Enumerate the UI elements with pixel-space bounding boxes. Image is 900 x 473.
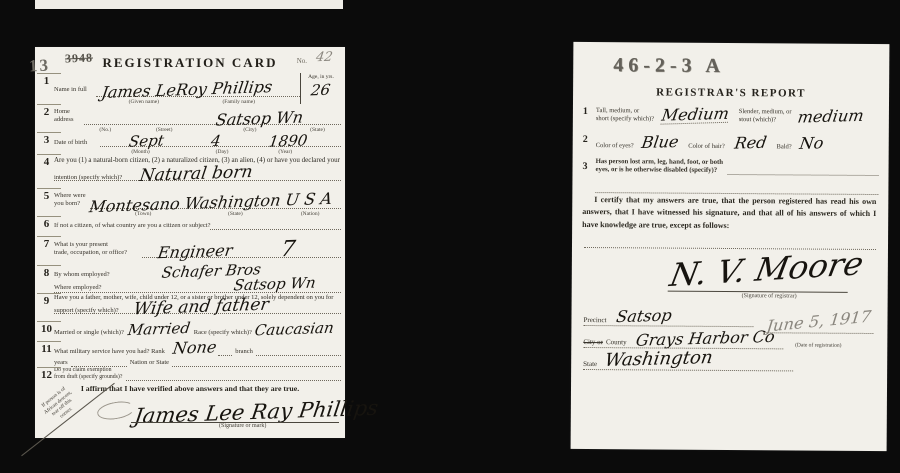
precinct-row: Precinct Satsop (583, 308, 753, 327)
field-employer: 8 By whom employed? Schafer Bros Where e… (39, 265, 341, 293)
military-branch-label: branch (235, 348, 253, 356)
name-value: James LeRoy Phillips (100, 79, 273, 101)
military-nation-label: Nation or State (130, 359, 169, 367)
registrar-signature-label: (Signature of registrar) (742, 293, 797, 299)
card-no-value: 42 (315, 51, 333, 65)
adjacent-card-edge (35, 0, 343, 9)
disability-blank (727, 165, 879, 176)
race-label: Race (specify which)? (194, 329, 252, 337)
military-rank-value: None (172, 339, 218, 357)
disability-label: Has person lost arm, leg, hand, foot, or… (596, 158, 724, 175)
field-name: 1 Name in full James LeRoy Phillips (Giv… (39, 73, 341, 104)
dependents-writearea: Have you a father, mother, wife, child u… (54, 293, 341, 321)
hair-label: Color of hair? (688, 143, 725, 151)
registration-date-value: June 5, 1917 (765, 309, 871, 335)
precinct-label: Precinct (583, 316, 606, 325)
state-label: State (583, 360, 597, 368)
field-date-of-birth: 3 Date of birth Sept 4 1890 (Month) (Day… (39, 132, 341, 154)
field-build: 1 Tall, medium, orshort (specify which)?… (583, 106, 885, 125)
date-block: June 5, 1917 (Date of registration) (763, 313, 873, 352)
employed-by-label: By whom employed? (54, 271, 138, 279)
field-number: 2 (39, 104, 54, 118)
eyes-label: Color of eyes? (596, 142, 634, 150)
registrars-report-card: 46-2-3 A REGISTRAR'S REPORT 1 Tall, medi… (571, 42, 890, 451)
where-born-value: Montesano Washington U S A (88, 191, 333, 215)
field-exemption: 12 Do you claim exemptionfrom draft (spe… (39, 367, 341, 384)
field-number: 10 (39, 321, 54, 335)
field-where-born: 5 Where wereyou born? Montesano Washingt… (39, 188, 341, 216)
bald-label: Bald? (776, 144, 791, 152)
registrar-signature: N. V. Moore (667, 247, 866, 291)
field-number: 5 (39, 188, 54, 202)
field-number: 2 (583, 134, 596, 145)
field-military: 11 What military service have you had? R… (39, 341, 341, 367)
state-row: State Washington (583, 350, 793, 371)
hair-value: Red (733, 135, 767, 152)
field-citizenship: 4 Are you (1) a natural-born citizen, (2… (39, 154, 341, 188)
citizenship-writearea: Are you (1) a natural-born citizen, (2) … (54, 154, 341, 188)
card-no-label: No. (297, 57, 307, 65)
military-years-label: years (54, 359, 68, 367)
dob-year: 1890 (268, 133, 309, 149)
dob-day: 4 (210, 134, 222, 149)
home-address-value: Satsop Wn (215, 109, 305, 128)
field-name-writearea: James LeRoy Phillips (Given name) (Famil… (96, 73, 300, 104)
county-value: Grays Harbor Co (635, 329, 776, 349)
home-address-writearea: Satsop Wn (No.) (Street) (City) (State) (84, 104, 341, 132)
registration-card: 13 3948 REGISTRATION CARD No. 42 1 Name … (35, 47, 345, 438)
signature-label: (Signature or mark) (219, 423, 266, 429)
build-label-b: Slender, medium, orstout (which)? (739, 108, 792, 124)
exemption-blank (126, 371, 341, 381)
exemption-writearea: Do you claim exemptionfrom draft (specif… (54, 367, 341, 384)
employer-writearea: By whom employed? Schafer Bros Where emp… (54, 265, 341, 293)
disability-writearea: Has person lost arm, leg, hand, foot, or… (595, 158, 878, 195)
pencil-mark (96, 399, 136, 422)
county-label: County (606, 338, 627, 347)
registration-date-label: (Date of registration) (795, 342, 841, 348)
build-value-a: Medium (661, 106, 731, 125)
field-trade: 7 What is your presenttrade, occupation,… (39, 236, 341, 265)
field-name-label: Name in full (54, 86, 96, 104)
affirmation-statement: I affirm that I have verified above answ… (39, 384, 341, 396)
employed-where-value: Satsop Wn (233, 276, 317, 294)
employed-where-label: Where employed? (54, 284, 138, 292)
field-number: 11 (39, 341, 54, 355)
trade-label: What is your presenttrade, occupation, o… (54, 241, 142, 265)
not-citizen-label: If not a citizen, of what country are yo… (54, 222, 210, 230)
trade-value: Engineer (157, 243, 234, 262)
field-dependents: 9 Have you a father, mother, wife, child… (39, 293, 341, 321)
citizenship-question-line2: intention (specify which)? (54, 174, 122, 182)
registrar-signature-block: N. V. Moore (Signature of registrar) (572, 246, 888, 304)
age-value: 26 (310, 83, 331, 99)
certification-statement: I certify that my answers are true, that… (582, 194, 876, 233)
card-title: REGISTRATION CARD (39, 55, 341, 71)
age-label: Age, in yrs. (301, 74, 341, 81)
where-born-writearea: Montesano Washington U S A (Town) (State… (90, 188, 341, 216)
field-home-address: 2 Homeaddress Satsop Wn (No.) (Street) (… (39, 104, 341, 132)
exemption-label: Do you claim exemptionfrom draft (specif… (54, 367, 122, 381)
form-number-stamp: 46-2-3 A (613, 54, 725, 78)
build-value-b: medium (796, 108, 864, 126)
field-not-citizen: 6 If not a citizen, of what country are … (39, 216, 341, 236)
report-title: REGISTRAR'S REPORT (573, 86, 889, 100)
county-row: City or County Grays Harbor Co (583, 330, 783, 349)
where-born-label: Where wereyou born? (54, 192, 90, 216)
registration-card-header: 13 3948 REGISTRATION CARD No. 42 (39, 51, 341, 73)
dependents-value: Wife and father (133, 297, 270, 319)
race-value: Caucasian (254, 321, 335, 339)
bald-value: No (798, 135, 824, 152)
dob-writearea: Sept 4 1890 (Month) (Day) (Year) (100, 132, 341, 154)
field-number: 8 (39, 265, 54, 279)
field-number: 6 (39, 216, 54, 230)
military-writearea: What military service have you had? Rank… (54, 343, 341, 367)
state-value: Washington (604, 349, 714, 370)
not-citizen-writearea: If not a citizen, of what country are yo… (54, 220, 341, 236)
field-number: 1 (583, 106, 596, 117)
county-struck-prefix: City or (583, 338, 603, 347)
field-coloring: 2 Color of eyes? Blue Color of hair? Red… (583, 134, 879, 152)
military-rank-label: What military service have you had? Rank (54, 348, 165, 356)
dob-month: Sept (128, 133, 165, 149)
precinct-value: Satsop (615, 308, 673, 326)
married-label: Married or single (which)? (54, 329, 124, 337)
field-number: 3 (39, 132, 54, 146)
age-box: Age, in yrs. 26 (300, 73, 341, 104)
not-citizen-blank (210, 220, 341, 230)
field-number: 7 (39, 236, 54, 250)
field-number: 4 (39, 154, 54, 168)
home-address-label: Homeaddress (54, 108, 84, 132)
field-disability: 3 Has person lost arm, leg, hand, foot, … (582, 158, 878, 195)
married-value: Married (127, 321, 191, 338)
field-number: 9 (39, 293, 54, 307)
field-number: 3 (583, 158, 596, 172)
eyes-value: Blue (640, 134, 679, 151)
dependents-question-line2: support (specify which)? (54, 307, 119, 315)
field-number: 12 (39, 367, 54, 381)
dob-label: Date of birth (54, 139, 100, 154)
build-label-a: Tall, medium, orshort (specify which)? (596, 107, 654, 123)
citizenship-value: Natural born (139, 164, 254, 185)
field-number: 1 (39, 73, 54, 87)
